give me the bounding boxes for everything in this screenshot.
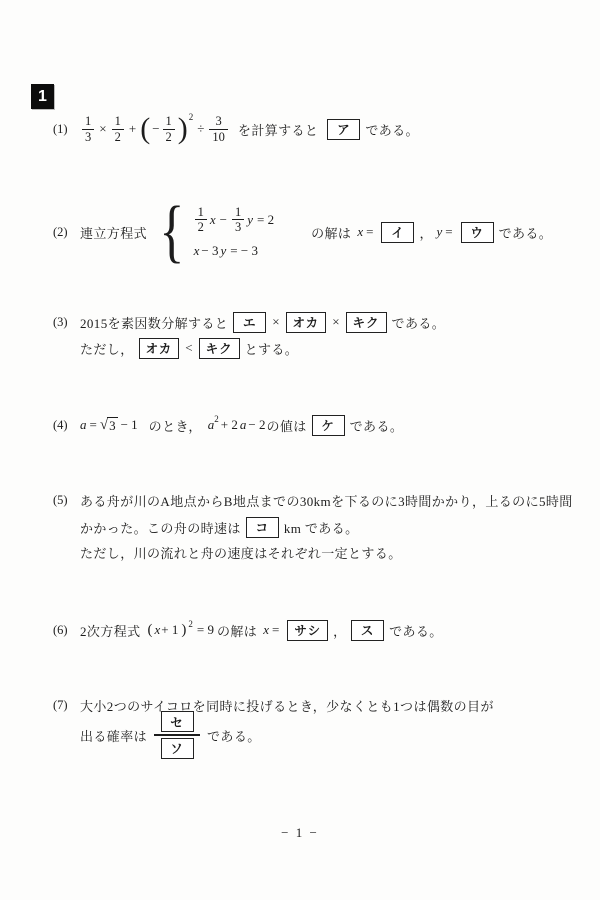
answer-box-so: ソ [161, 738, 194, 759]
problem-5-line-2: かかった。この舟の時速は コ km である。 [80, 516, 358, 538]
minus-sign: − [152, 121, 159, 137]
equation-2: x − 3 y = − 3 [193, 243, 261, 259]
problem-4-text: のとき， [149, 416, 202, 435]
problem-3-number: (3) [53, 315, 80, 330]
problem-6-text-end: である。 [389, 621, 443, 640]
problem-6: (6) 2次方程式 ( x + 1 ) 2 = 9 の解は x = サシ ， ス… [53, 619, 443, 641]
variable-x: x [357, 224, 363, 240]
problem-6-number: (6) [53, 623, 80, 638]
left-paren: ( [140, 114, 150, 144]
problem-3-line-2: ただし， オカ < キク とする。 [80, 337, 298, 359]
variable-a: a [240, 417, 247, 433]
fraction-numerator: 3 [213, 114, 225, 128]
problem-3-condition-lead: ただし， [80, 339, 134, 358]
minus-one: − 1 [121, 417, 138, 433]
equation-2-rhs: = − 3 [230, 243, 258, 259]
fraction-bar [154, 734, 200, 736]
problem-5-text-3: km である。 [284, 518, 359, 537]
answer-box-su: ス [351, 620, 384, 641]
plus-two: + 2 [221, 417, 238, 433]
fraction-one-half: 1 2 [163, 114, 175, 144]
equals-sign: = [445, 224, 452, 240]
problem-2-lead: 連立方程式 [80, 223, 147, 242]
problem-3-lead: 2015を素因数分解すると [80, 313, 228, 332]
problem-2: (2) 連立方程式 { 1 2 x − 1 3 y = 2 x − 3 [53, 194, 552, 270]
problem-2-text: の解は [311, 223, 351, 242]
answer-box-se: セ [161, 711, 194, 732]
page-number: − 1 − [0, 825, 600, 841]
problem-5-condition: ただし，川の流れと舟の速度はそれぞれ一定とする。 [80, 543, 402, 562]
problem-2-text-end: である。 [499, 223, 553, 242]
problem-1-text: を計算すると [238, 120, 318, 139]
fraction-numerator: 1 [82, 114, 94, 128]
plus-operator: + [129, 121, 136, 137]
fraction-numerator: 1 [232, 205, 244, 219]
equals-sign: = [366, 224, 373, 240]
fraction-denominator: 2 [112, 129, 124, 144]
fraction-denominator: 3 [82, 129, 94, 144]
problem-7-number: (7) [53, 698, 80, 713]
less-than-sign: < [185, 340, 192, 356]
fraction-one-half: 1 2 [195, 205, 207, 235]
problem-6-text: の解は [217, 621, 257, 640]
times-operator: × [99, 121, 106, 137]
minus-two: − 2 [248, 417, 265, 433]
fraction-numerator: 1 [195, 205, 207, 219]
variable-x: x [263, 622, 269, 638]
problem-5-text-2: かかった。この舟の時速は [80, 518, 241, 537]
fraction-denominator: 2 [163, 129, 175, 144]
answer-box-oka: オカ [139, 338, 180, 359]
left-paren: ( [148, 622, 153, 639]
problem-4-number: (4) [53, 418, 80, 433]
exponent: 2 [189, 112, 194, 122]
problem-4: (4) a = √ 3 − 1 のとき， a 2 + 2 a − 2 の値は ケ… [53, 414, 403, 436]
right-paren: ) [178, 114, 188, 144]
problem-1-number: (1) [53, 122, 80, 137]
exponent: 2 [214, 414, 219, 424]
minus-sign: − [220, 212, 227, 228]
fraction-denominator: 3 [232, 219, 244, 234]
probability-fraction: セ ソ [154, 711, 200, 759]
problem-5-line-1: (5) ある舟が川のA地点からB地点までの30kmを下るのに3時間かかり，上るの… [53, 489, 573, 511]
variable-y: y [247, 212, 253, 228]
system-brace: { [159, 204, 184, 260]
fraction-denominator: 10 [209, 129, 228, 144]
problem-3-line-1: (3) 2015を素因数分解すると エ × オカ × キク である。 [53, 311, 445, 333]
divide-operator: ÷ [197, 121, 204, 137]
fraction-one-half: 1 2 [112, 114, 124, 144]
fraction-numerator: 1 [163, 114, 175, 128]
exponent: 2 [188, 619, 193, 629]
problem-3-condition-end: とする。 [245, 339, 299, 358]
answer-box-e: エ [233, 312, 266, 333]
right-paren: ) [181, 622, 186, 639]
answer-box-a: ア [327, 119, 360, 140]
equation-1-rhs: = 2 [257, 212, 274, 228]
problem-4-text-value: の値は [266, 416, 306, 435]
variable-y: y [436, 224, 442, 240]
times-operator: × [272, 314, 279, 330]
answer-box-ko: コ [246, 517, 279, 538]
equation-system: 1 2 x − 1 3 y = 2 x − 3 y = − 3 [193, 205, 278, 260]
problem-7-text-2: 出る確率は [80, 726, 147, 745]
variable-y: y [221, 243, 227, 259]
problem-4-text-end: である。 [350, 416, 404, 435]
problem-1: (1) 1 3 × 1 2 + ( − 1 2 ) 2 ÷ 3 10 を計算する… [53, 106, 419, 152]
equals-nine: = 9 [197, 622, 214, 638]
problem-5-text-1: ある舟が川のA地点からB地点までの30kmを下るのに3時間かかり，上るのに5時間 [80, 491, 573, 510]
equals-sign: = [272, 622, 279, 638]
problem-7-text-end: である。 [207, 726, 261, 745]
plus-one: + 1 [161, 622, 178, 638]
fraction-one-third: 1 3 [82, 114, 94, 144]
fraction-one-third: 1 3 [232, 205, 244, 235]
answer-box-ke: ケ [312, 415, 345, 436]
answer-box-sashi: サシ [287, 620, 328, 641]
problem-3-text-end: である。 [392, 313, 446, 332]
answer-box-i: イ [381, 222, 414, 243]
fraction-three-tenths: 3 10 [209, 114, 228, 144]
problem-7-line-2: 出る確率は セ ソ である。 [80, 711, 261, 759]
variable-x: x [155, 622, 161, 638]
comma: ， [419, 223, 432, 242]
equals-sign: = [90, 417, 97, 433]
variable-a: a [80, 417, 87, 433]
equation-1: 1 2 x − 1 3 y = 2 [193, 205, 278, 235]
section-number-badge: 1 [31, 84, 54, 109]
answer-box-u: ウ [461, 222, 494, 243]
answer-box-kiku: キク [346, 312, 387, 333]
variable-x: x [210, 212, 216, 228]
minus-three: − 3 [201, 243, 218, 259]
answer-box-oka: オカ [286, 312, 327, 333]
comma: ， [333, 621, 346, 640]
problem-5-number: (5) [53, 493, 80, 508]
problem-5-line-3: ただし，川の流れと舟の速度はそれぞれ一定とする。 [80, 541, 402, 563]
exam-page: 1 (1) 1 3 × 1 2 + ( − 1 2 ) 2 ÷ 3 10 を計算… [0, 0, 600, 900]
problem-2-number: (2) [53, 225, 80, 240]
variable-x: x [194, 243, 200, 259]
fraction-denominator: 2 [195, 219, 207, 234]
times-operator: × [332, 314, 339, 330]
radicand: 3 [107, 417, 118, 434]
fraction-numerator: 1 [112, 114, 124, 128]
problem-6-lead: 2次方程式 [80, 621, 141, 640]
answer-box-kiku: キク [199, 338, 240, 359]
problem-1-text-end: である。 [365, 120, 419, 139]
